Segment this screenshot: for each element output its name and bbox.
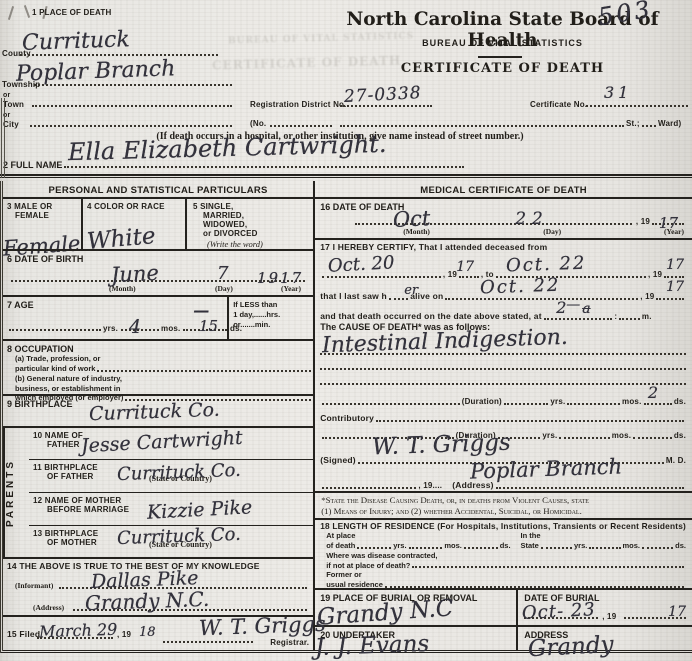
dotted-leader	[376, 419, 684, 422]
dotted-leader	[644, 402, 672, 405]
marital-label-4: or DIVORCED	[193, 229, 313, 238]
row-length-of-residence: 18 LENGTH OF RESIDENCE (For Hospitals, I…	[315, 518, 692, 588]
dod-year-prefix: , 19	[636, 217, 650, 226]
residence-in-the: In the	[521, 531, 686, 541]
marital-label-3: WIDOWED,	[193, 220, 313, 229]
marital-label-2: MARRIED,	[193, 211, 313, 220]
last-saw-year-prefix: , 19	[640, 292, 654, 301]
dob-day-value: 7	[217, 265, 228, 283]
attended-from-year-prefix: , 19	[443, 270, 457, 279]
physician-address-value: Poplar Branch	[470, 456, 623, 482]
certificate-no-label: Certificate No.	[530, 100, 587, 109]
row-father-birthplace: 11 BIRTHPLACE OF FATHER (State or Countr…	[29, 460, 313, 493]
city-label: City	[3, 120, 19, 129]
personal-section-title: PERSONAL AND STATISTICAL PARTICULARS	[3, 181, 313, 199]
dotted-leader	[34, 74, 232, 86]
mother-name-value: Kizzie Pike	[147, 498, 253, 522]
residence-ds-1: ds.	[500, 541, 511, 551]
registration-district-label: Registration District No.	[250, 100, 347, 109]
age-yrs-label: yrs.	[103, 324, 118, 333]
dob-day-label: (Day)	[215, 284, 233, 294]
dotted-leader	[559, 436, 609, 439]
occurred-m-label: m.	[642, 312, 652, 321]
town-label: Town	[3, 100, 24, 109]
attended-to-year: 17	[666, 258, 684, 272]
form-left-edge	[1, 98, 5, 178]
burial-year-value: 17	[668, 605, 686, 619]
dotted-leader	[464, 546, 498, 549]
dotted-leader	[445, 297, 638, 300]
residence-contracted-1: Where was disease contracted,	[320, 551, 686, 561]
dotted-leader	[270, 115, 332, 127]
header-rule	[478, 56, 522, 58]
informant-label: (Informant)	[15, 581, 53, 591]
footnote-line-2: (1) Means of Injury; and (2) whether Acc…	[321, 506, 686, 517]
footnote: *State the Disease Causing Death, or, in…	[315, 491, 692, 518]
dotted-leader	[496, 486, 684, 489]
age-mos-value: 4	[129, 318, 141, 337]
dotted-leader	[619, 317, 640, 320]
dotted-leader	[322, 486, 416, 489]
dotted-leader	[664, 275, 684, 278]
occupation-b1: (b) General nature of industry,	[7, 374, 313, 384]
dotted-leader	[459, 275, 479, 278]
occurred-time-value: 2	[556, 300, 566, 316]
occupation-a1: (a) Trade, profession, or	[7, 354, 313, 364]
cause-extra-line	[320, 374, 686, 389]
bureau-subtitle: BUREAU OF VITAL STATISTICS	[330, 38, 675, 48]
age-dash-mark: —	[193, 303, 209, 319]
occurred-text: and that death occurred on the date abov…	[320, 312, 542, 322]
dotted-leader	[357, 546, 391, 549]
residence-contracted-2: if not at place of death?	[326, 561, 410, 571]
dob-year-value: 1917	[257, 271, 303, 286]
signed-date-prefix: , 19....	[418, 481, 442, 490]
personal-column: PERSONAL AND STATISTICAL PARTICULARS 3 M…	[3, 181, 315, 650]
race-label: 4 COLOR OR RACE	[87, 202, 185, 211]
physician-signature: W. T. Griggs	[372, 431, 512, 459]
signed-label: (Signed)	[320, 456, 356, 466]
row-date-of-death: 16 DATE OF DEATH , 19 (Month) (Day) (Yea…	[315, 199, 692, 240]
contributory-label: Contributory	[320, 414, 374, 424]
dod-day-value: 22	[515, 211, 549, 228]
attended-to-year-prefix: , 19	[648, 270, 662, 279]
signed-address-line: , 19.... (Address) Poplar Branch	[320, 466, 686, 491]
age-less-label-1: If LESS than	[233, 300, 313, 310]
medical-column: MEDICAL CERTIFICATE OF DEATH 16 DATE OF …	[315, 181, 692, 650]
father-birthplace-value: Currituck Co.	[117, 462, 241, 484]
dotted-leader	[567, 402, 620, 405]
dod-label: 16 DATE OF DEATH	[320, 202, 692, 212]
dotted-leader	[589, 546, 620, 549]
residence-mos-2: mos.	[623, 541, 641, 551]
residence-former-1: Former or	[320, 570, 686, 580]
residence-at-place-2: of death	[326, 541, 355, 551]
birthplace-value: Currituck Co.	[89, 401, 220, 425]
filed-label: 15 Filed	[7, 630, 40, 640]
last-saw-blank-value: er	[404, 284, 418, 297]
field-place-of-death-label: 1 PLACE OF DEATH	[32, 8, 112, 17]
occurred-colon: :	[614, 312, 617, 321]
dotted-leader	[20, 44, 218, 56]
age-less-label-2: 1 day,......hrs.	[233, 310, 313, 320]
dob-month-value: June	[110, 263, 159, 286]
dotted-leader	[97, 369, 311, 372]
certificate-title: CERTIFICATE OF DEATH	[330, 61, 675, 76]
dotted-leader	[340, 115, 624, 127]
row-sex-race-marital: 3 MALE OR FEMALE Female 4 COLOR OR RACE …	[3, 199, 313, 249]
sex-label-2: FEMALE	[7, 211, 81, 220]
attended-from-date: Oct. 20	[328, 254, 395, 275]
cause-duration-label: (Duration)	[462, 397, 502, 406]
street-label: St.;	[626, 119, 640, 128]
father-name-value: Jesse Cartwright	[81, 429, 243, 456]
occupation-b2: business, or establishment in	[7, 384, 313, 394]
residence-at-place-1: At place	[320, 531, 510, 541]
informant-address-value: Grandy N.C.	[85, 589, 210, 613]
cause-yrs-label: yrs.	[550, 397, 565, 406]
contributory-mos-label: mos.	[612, 431, 631, 440]
undertaker-value: J. J. Evans	[315, 633, 430, 660]
marital-label: 5 SINGLE,	[193, 202, 313, 211]
dotted-leader	[633, 436, 672, 439]
full-name-label: 2 FULL NAME	[3, 160, 62, 170]
medical-section-title: MEDICAL CERTIFICATE OF DEATH	[315, 181, 692, 199]
last-saw-date: Oct. 22	[480, 276, 561, 297]
dotted-leader	[409, 546, 443, 549]
sex-label: 3 MALE OR	[7, 202, 81, 211]
dotted-leader	[504, 402, 548, 405]
row-mother-name: 12 NAME OF MOTHER BEFORE MARRIAGE Kizzie…	[29, 493, 313, 526]
cause-mos-label: mos.	[622, 397, 641, 406]
dotted-leader	[412, 565, 684, 568]
attended-from-year: 17	[456, 260, 474, 274]
cause-duration-ds-value: 2	[648, 385, 658, 401]
contributory-line: Contributory	[320, 407, 686, 424]
attended-to-date: Oct. 22	[506, 254, 587, 275]
residence-mos-1: mos.	[444, 541, 462, 551]
age-ds-value: 15	[199, 319, 218, 334]
dotted-leader	[30, 115, 232, 127]
contributory-ds-label: ds.	[674, 431, 686, 440]
residence-label: 18 LENGTH OF RESIDENCE (For Hospitals, I…	[320, 522, 686, 532]
row-filed: 15 Filed March 29 , 19 18 W. T. Griggs R…	[3, 615, 313, 650]
footnote-line-1: *State the Disease Causing Death, or, in…	[321, 495, 686, 506]
residence-ds-2: ds.	[675, 541, 686, 551]
dotted-leader	[322, 402, 460, 405]
cause-ds-label: ds.	[674, 397, 686, 406]
occupation-label: 8 OCCUPATION	[7, 344, 313, 354]
dotted-leader	[642, 546, 673, 549]
dotted-leader	[586, 95, 688, 107]
dotted-leader	[340, 95, 432, 107]
filed-year-value: 18	[139, 626, 156, 639]
parents-block: PARENTS 10 NAME OF FATHER Jesse Cartwrig…	[3, 426, 313, 557]
dotted-leader	[642, 115, 656, 127]
registrar-signature: W. T. Griggs	[199, 614, 326, 639]
certify-block: 17 I HEREBY CERTIFY, That I attended dec…	[315, 240, 692, 491]
burial-year-prefix: , 19	[602, 612, 616, 621]
residence-state-label: State	[521, 541, 539, 551]
cause-extra-line	[320, 359, 686, 374]
undertaker-address-value: Grandy	[528, 634, 615, 661]
row-age: 7 AGE yrs. 4 mos. 15 ds. — If LESS than …	[3, 295, 313, 339]
form-body: PERSONAL AND STATISTICAL PARTICULARS 3 M…	[0, 181, 692, 653]
pencil-marks	[8, 6, 14, 20]
dotted-leader	[64, 156, 464, 168]
last-saw-year: 17	[666, 280, 684, 294]
dotted-leader	[320, 368, 686, 370]
cause-line: Intestinal Indigestion.	[320, 337, 686, 359]
dod-year-value: 17	[659, 216, 678, 231]
death-occurred-line: and that death occurred on the date abov…	[320, 302, 686, 322]
row-mother-birthplace: 13 BIRTHPLACE OF MOTHER (State or Countr…	[29, 526, 313, 557]
last-saw-line: that I last saw h alive on , 19 er Oct. …	[320, 280, 686, 302]
ward-label: Ward)	[658, 119, 681, 128]
age-mos-label: mos.	[161, 324, 180, 333]
mother-birthplace-value: Currituck Co.	[117, 526, 241, 548]
occurred-time2-value: a	[582, 302, 590, 316]
age-ds-label: ds.	[230, 324, 242, 333]
row-date-of-birth: 6 DATE OF BIRTH (Month) (Day) (Year) Jun…	[3, 249, 313, 295]
dotted-leader	[656, 297, 684, 300]
parents-vertical-label: PARENTS	[3, 428, 29, 557]
dotted-leader	[541, 546, 572, 549]
row-undertaker: 20 UNDERTAKER J. J. Evans ADDRESS Grandy	[315, 625, 692, 650]
md-label: M. D.	[666, 456, 686, 465]
dotted-leader	[32, 95, 232, 107]
informant-address-label: (Address)	[33, 603, 64, 613]
street-no-label: (No.	[250, 119, 266, 128]
dotted-leader	[320, 383, 686, 385]
registrar-label: Registrar.	[270, 638, 309, 647]
dod-month-value: Oct	[393, 208, 431, 231]
dotted-leader	[37, 629, 113, 639]
marital-hint: (Write the word)	[193, 239, 313, 249]
occupation-a2: particular kind of work	[15, 364, 95, 374]
cause-duration-line: (Duration) yrs. mos. ds. 2	[320, 389, 686, 407]
row-occupation: 8 OCCUPATION (a) Trade, profession, or p…	[3, 339, 313, 394]
row-father-name: 10 NAME OF FATHER Jesse Cartwright	[29, 428, 313, 460]
row-burial: 19 PLACE OF BURIAL OR REMOVAL Grandy N.C…	[315, 588, 692, 625]
dotted-leader	[9, 329, 101, 331]
death-certificate-document: BUREAU OF VITAL STATISTICS CERTIFICATE O…	[0, 0, 692, 661]
burial-date-value: Oct- 23	[522, 601, 597, 623]
age-less-label-3: or.......min.	[233, 320, 313, 330]
residence-yrs-1: yrs.	[393, 541, 406, 551]
filed-year-prefix: , 19	[117, 630, 131, 639]
row-birthplace: 9 BIRTHPLACE Currituck Co.	[3, 394, 313, 426]
contributory-yrs-label: yrs.	[542, 431, 557, 440]
row-affirmation: 14 THE ABOVE IS TRUE TO THE BEST OF MY K…	[3, 557, 313, 615]
pencil-marks	[24, 5, 30, 18]
residence-yrs-2: yrs.	[574, 541, 587, 551]
last-saw-text-1: that I last saw h	[320, 292, 387, 302]
dotted-leader	[544, 317, 613, 320]
occurred-dash-mark: —	[566, 298, 580, 312]
section-divider	[0, 174, 692, 178]
